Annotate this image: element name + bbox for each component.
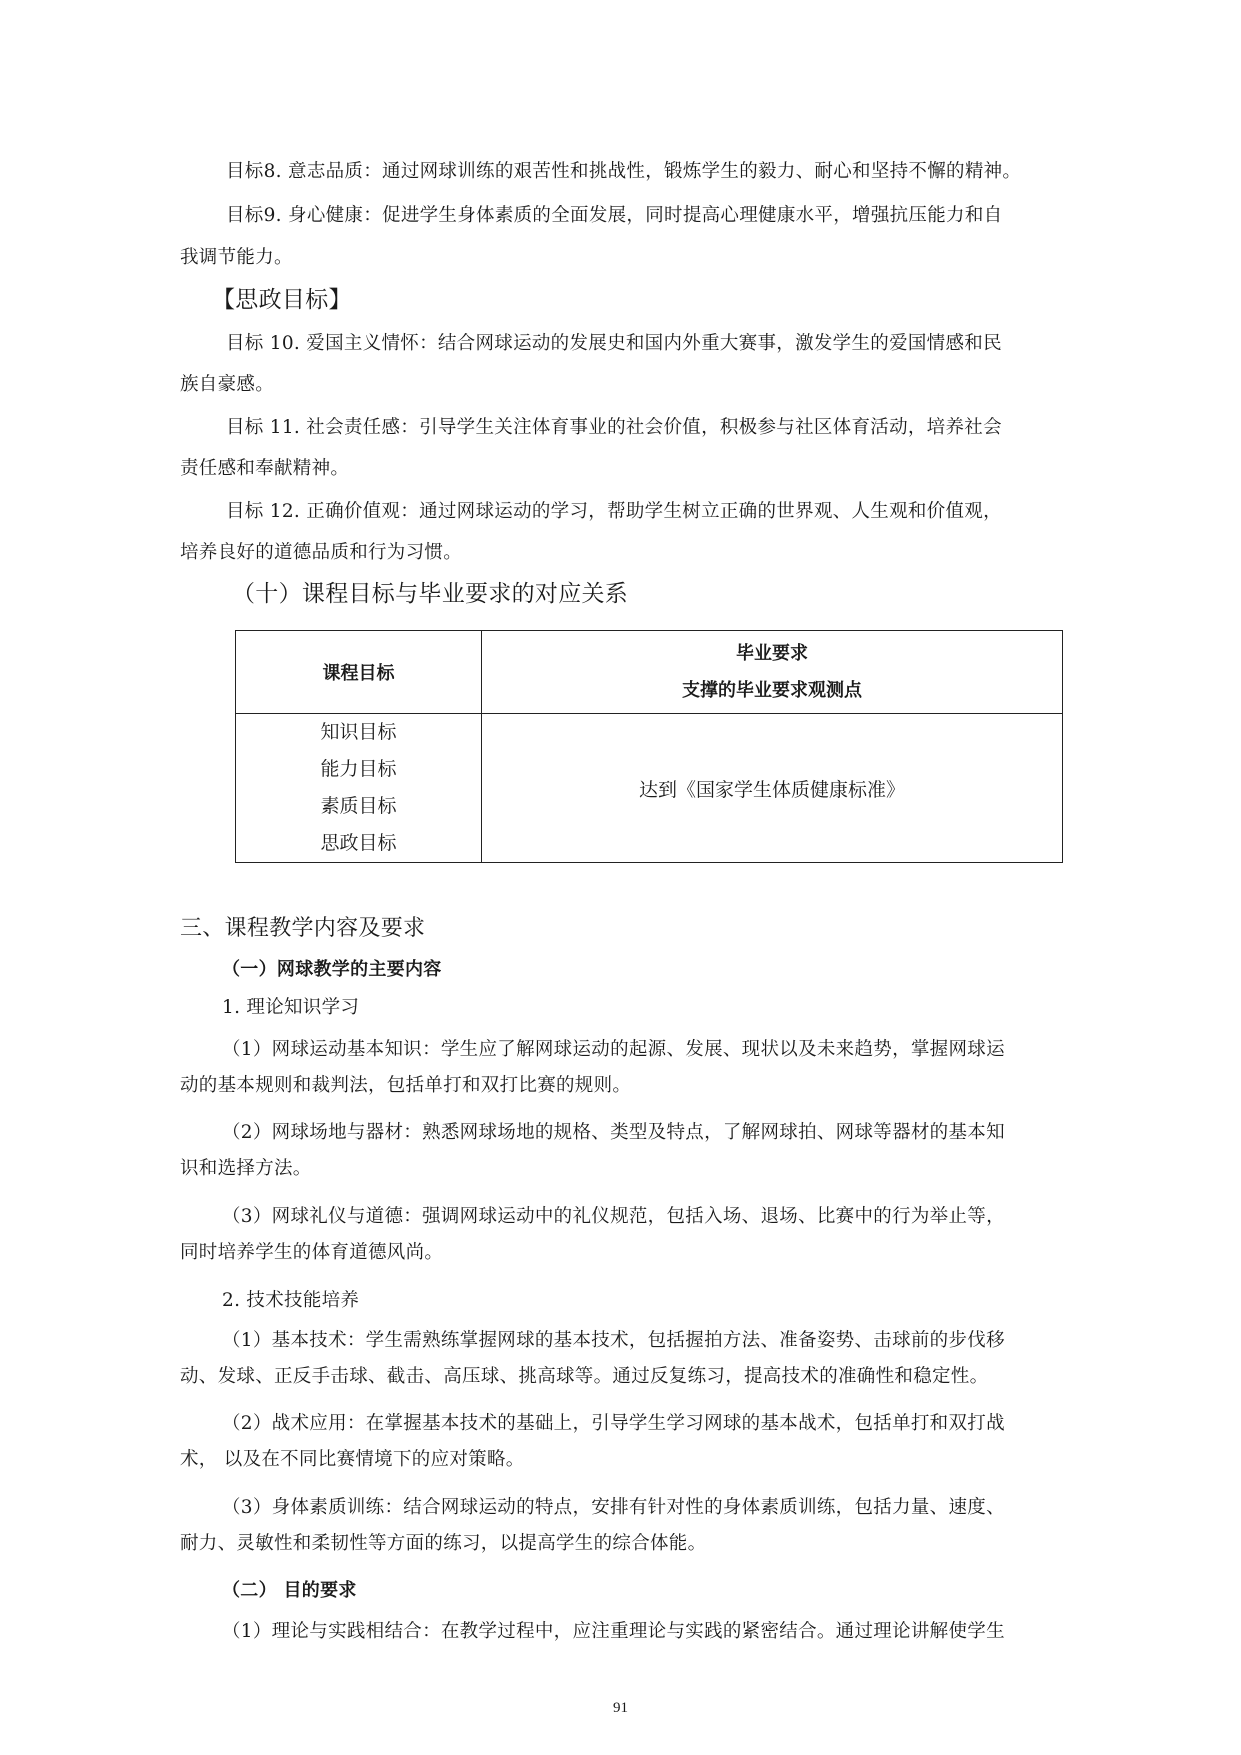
para-1-3-cont: 同时培养学生的体育道德风尚。 [180,1241,443,1265]
para-2-3: （3）身体素质训练：结合网球运动的特点，安排有针对性的身体素质训练，包括力量、速… [222,1496,1005,1520]
para-2-1: （1）基本技术：学生需熟练掌握网球的基本技术，包括握拍方法、准备姿势、击球前的步… [222,1329,1005,1353]
goals-requirements-table: 课程目标 毕业要求 支撑的毕业要求观测点 知识目标 能力目标 素质目标 思政目标… [235,630,1063,863]
subsection-2-title: （二） 目的要求 [222,1579,357,1603]
para-1-1: （1）网球运动基本知识：学生应了解网球运动的起源、发展、现状以及未来趋势，掌握网… [222,1038,1005,1062]
para-2-2-cont: 术， 以及在不同比赛情境下的应对策略。 [180,1448,525,1472]
para-2-1-cont: 动、发球、正反手击球、截击、高压球、挑高球等。通过反复练习，提高技术的准确性和稳… [180,1365,988,1389]
table-row: 知识目标 能力目标 素质目标 思政目标 达到《国家学生体质健康标准》 [236,714,1063,863]
subsection-1-title: （一）网球教学的主要内容 [222,958,442,982]
goals-cell: 知识目标 能力目标 素质目标 思政目标 [236,714,482,863]
para-3-1: （1）理论与实践相结合：在教学过程中，应注重理论与实践的紧密结合。通过理论讲解使… [222,1620,1005,1644]
para-2-3-cont: 耐力、灵敏性和柔韧性等方面的练习，以提高学生的综合体能。 [180,1532,706,1556]
table-header-row: 课程目标 毕业要求 支撑的毕业要求观测点 [236,631,1063,714]
section-3-title: 三、课程教学内容及要求 [180,917,425,941]
goal-10-cont: 族自豪感。 [180,373,274,397]
para-1-3: （3）网球礼仪与道德：强调网球运动中的礼仪规范，包括入场、退场、比赛中的行为举止… [222,1205,1005,1229]
item-1-title: 1. 理论知识学习 [222,996,359,1020]
goal-ideology: 思政目标 [236,825,481,862]
para-1-2: （2）网球场地与器材：熟悉网球场地的规格、类型及特点，了解网球拍、网球等器材的基… [222,1121,1005,1145]
header-req-line2: 支撑的毕业要求观测点 [482,672,1062,709]
goal-ability: 能力目标 [236,751,481,788]
header-course-goals: 课程目标 [236,631,482,714]
goal-8-text: 目标8. 意志品质：通过网球训练的艰苦性和挑战性，锻炼学生的毅力、耐心和坚持不懈… [226,160,1021,184]
header-graduation-requirements: 毕业要求 支撑的毕业要求观测点 [482,631,1063,714]
goal-11-cont: 责任感和奉献精神。 [180,457,349,481]
para-1-1-cont: 动的基本规则和裁判法，包括单打和双打比赛的规则。 [180,1074,631,1098]
goal-9-text: 目标9. 身心健康：促进学生身体素质的全面发展，同时提高心理健康水平，增强抗压能… [226,204,1002,228]
goal-12-cont: 培养良好的道德品质和行为习惯。 [180,541,462,565]
ideology-goals-heading: 【思政目标】 [212,288,352,312]
goal-12-text: 目标 12. 正确价值观：通过网球运动的学习，帮助学生树立正确的世界观、人生观和… [226,500,1002,524]
goal-10-text: 目标 10. 爱国主义情怀：结合网球运动的发展史和国内外重大赛事，激发学生的爱国… [226,332,1002,356]
item-2-title: 2. 技术技能培养 [222,1289,359,1313]
goal-quality: 素质目标 [236,788,481,825]
goal-11-text: 目标 11. 社会责任感：引导学生关注体育事业的社会价值，积极参与社区体育活动，… [226,416,1002,440]
goal-9-cont: 我调节能力。 [180,246,293,270]
goal-knowledge: 知识目标 [236,714,481,751]
para-2-2: （2）战术应用：在掌握基本技术的基础上，引导学生学习网球的基本战术，包括单打和双… [222,1412,1005,1436]
requirement-cell: 达到《国家学生体质健康标准》 [482,714,1063,863]
para-1-2-cont: 识和选择方法。 [180,1157,312,1181]
header-req-line1: 毕业要求 [482,635,1062,672]
mapping-section-heading: （十）课程目标与毕业要求的对应关系 [232,582,628,606]
page-number: 91 [0,1700,1241,1717]
